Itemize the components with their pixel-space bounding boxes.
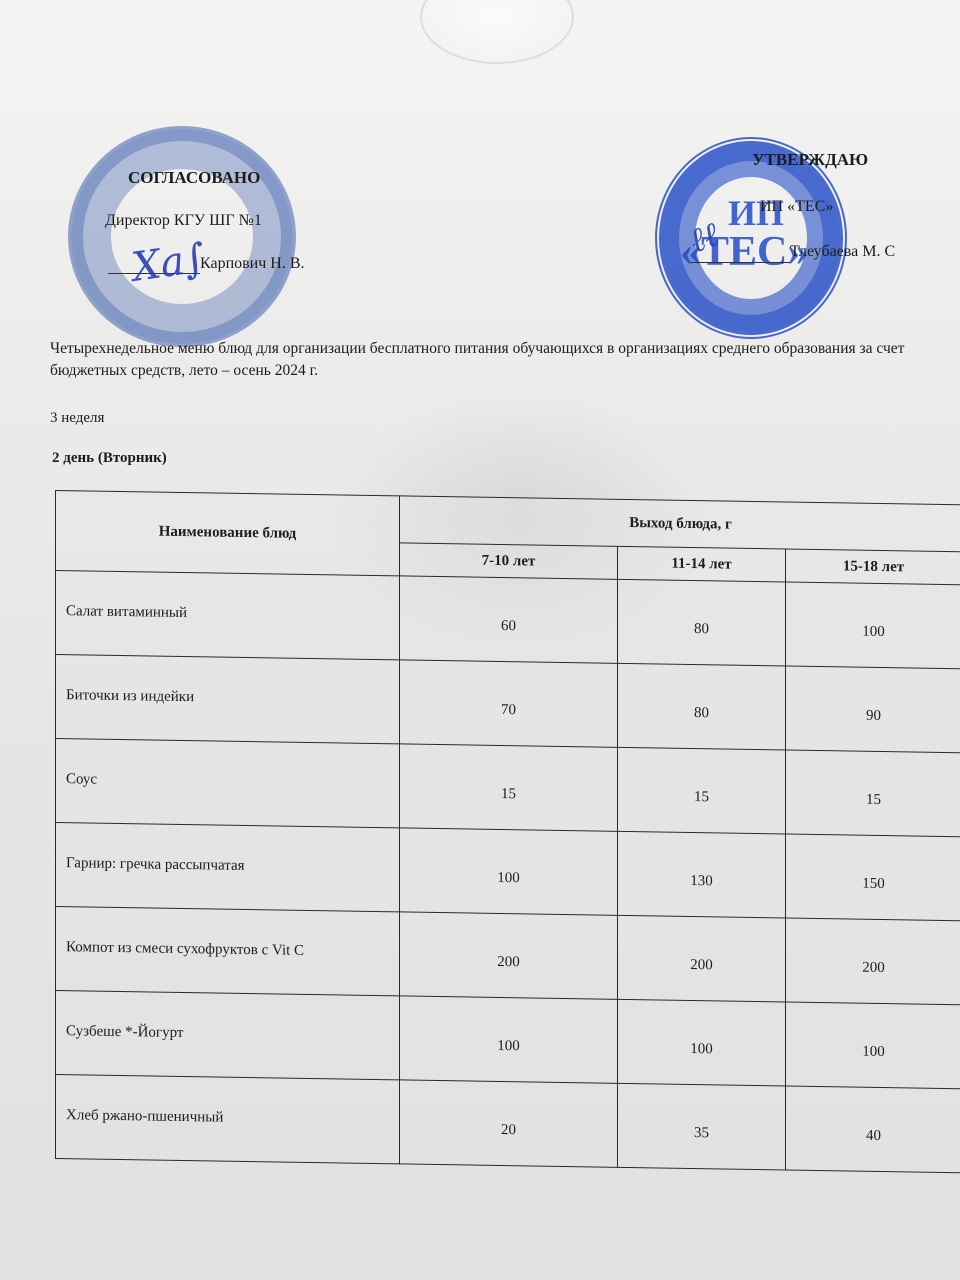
dish-name: Соус: [56, 739, 400, 828]
portion-15-18: 200: [786, 918, 960, 1005]
portion-7-10: 100: [400, 996, 618, 1083]
dish-name: Гарнир: гречка рассыпчатая: [56, 823, 400, 912]
table-row: Компот из смеси сухофруктов с Vit C 200 …: [56, 907, 960, 1005]
week-label: 3 неделя: [50, 410, 104, 427]
table-row: Хлеб ржано-пшеничный 20 35 40: [56, 1075, 960, 1173]
portion-7-10: 15: [400, 744, 618, 831]
portion-7-10: 60: [400, 576, 618, 663]
approval-left-title: СОГЛАСОВАНО: [128, 168, 260, 188]
dish-name: Хлеб ржано-пшеничный: [56, 1075, 400, 1164]
approval-right-organization: ИП «ТЕС»: [760, 198, 833, 216]
portion-15-18: 15: [786, 750, 960, 837]
menu-table: Наименование блюд Выход блюда, г 7-10 ле…: [55, 490, 960, 1173]
portion-15-18: 100: [786, 582, 960, 669]
portion-7-10: 20: [400, 1080, 618, 1167]
dish-name: Салат витаминный: [56, 571, 400, 660]
table-row: Салат витаминный 60 80 100: [56, 571, 960, 669]
approval-right-title: УТВЕРЖДАЮ: [752, 150, 868, 170]
document-page: СОГЛАСОВАНО Директор КГУ ШГ №1 Ха∫ Карпо…: [0, 0, 960, 1280]
portion-15-18: 90: [786, 666, 960, 753]
table-row: Гарнир: гречка рассыпчатая 100 130 150: [56, 823, 960, 921]
header-age-7-10: 7-10 лет: [400, 543, 618, 579]
portion-11-14: 15: [618, 747, 786, 834]
signature-line-right: [690, 262, 790, 263]
approval-right-name: Тлеубаева М. С: [790, 243, 895, 261]
dish-name: Биточки из индейки: [56, 655, 400, 744]
header-dish-name: Наименование блюд: [56, 491, 400, 576]
dish-name: Компот из смеси сухофруктов с Vit C: [56, 907, 400, 996]
approval-left-role: Директор КГУ ШГ №1: [105, 212, 262, 230]
document-title: Четырехнедельное меню блюд для организац…: [50, 338, 940, 382]
portion-7-10: 100: [400, 828, 618, 915]
day-label: 2 день (Вторник): [52, 450, 167, 467]
portion-7-10: 200: [400, 912, 618, 999]
table-row: Соус 15 15 15: [56, 739, 960, 837]
portion-15-18: 150: [786, 834, 960, 921]
school-stamp-icon: [68, 126, 296, 347]
header-age-15-18: 15-18 лет: [786, 549, 960, 585]
approval-left-name: Карпович Н. В.: [200, 255, 305, 273]
dish-name: Сузбеше *-Йогурт: [56, 991, 400, 1080]
portion-15-18: 100: [786, 1002, 960, 1089]
portion-11-14: 200: [618, 915, 786, 1002]
portion-15-18: 40: [786, 1086, 960, 1173]
portion-11-14: 80: [618, 663, 786, 750]
header-age-11-14: 11-14 лет: [618, 546, 786, 582]
portion-11-14: 130: [618, 831, 786, 918]
portion-7-10: 70: [400, 660, 618, 747]
portion-11-14: 80: [618, 579, 786, 666]
table-row: Сузбеше *-Йогурт 100 100 100: [56, 991, 960, 1089]
portion-11-14: 35: [618, 1083, 786, 1170]
glare-reflection: [420, 0, 574, 64]
table-row: Биточки из индейки 70 80 90: [56, 655, 960, 753]
portion-11-14: 100: [618, 999, 786, 1086]
